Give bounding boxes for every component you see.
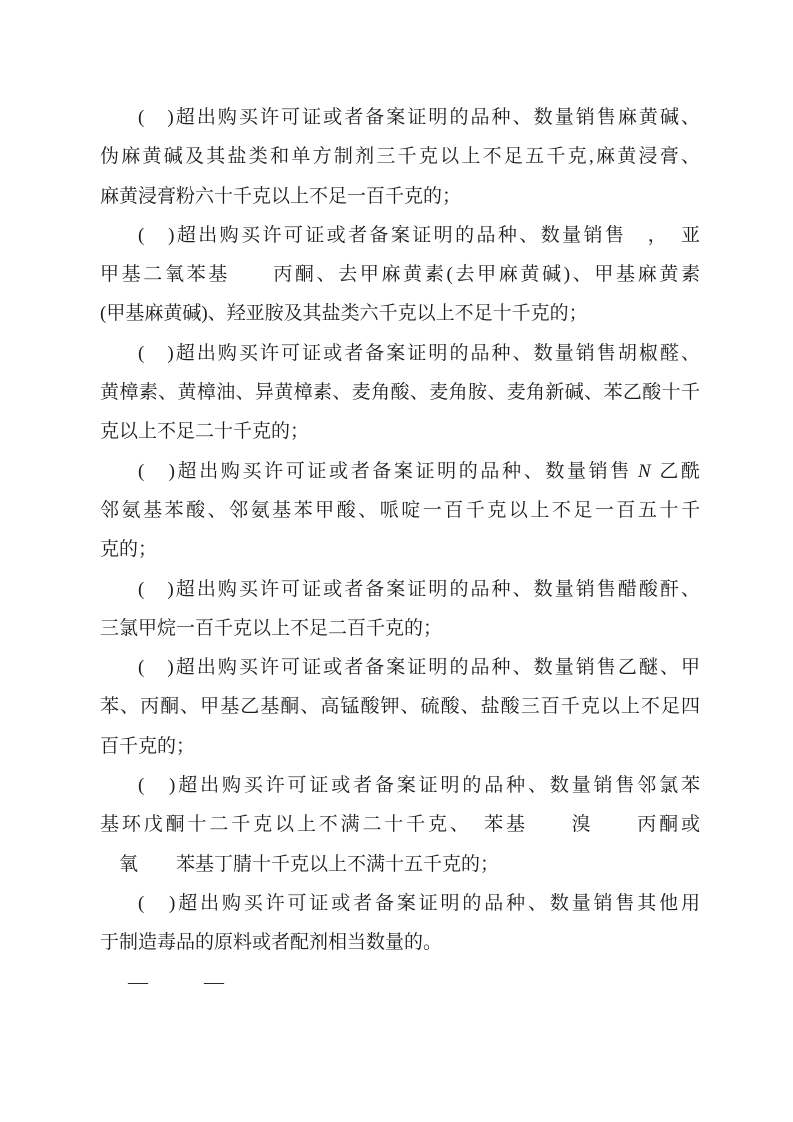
text-line: ( )超出购买许可证或者备案证明的品种、数量销售麻黄碱、 <box>100 98 700 137</box>
text-run: ( )超出购买许可证或者备案证明的品种、数量销售醋酸酐、 <box>138 579 700 600</box>
text-run: 苯、丙酮、甲基乙基酮、高锰酸钾、硫酸、盐酸三百千克以上不足四 <box>100 696 700 717</box>
text-run: 乙酰 <box>657 461 700 482</box>
text-line: 基环戊酮十二千克以上不满二十千克、 苯基 溴 丙酮或 <box>100 805 700 844</box>
text-run: 于制造毒品的原料或者配剂相当数量的。 <box>100 932 442 953</box>
text-run: 黄樟素、黄樟油、异黄樟素、麦角酸、麦角胺、麦角新碱、苯乙酸十千 <box>100 382 700 403</box>
text-run: 伪麻黄碱及其盐类和单方制剂三千克以上不足五千克,麻黄浸膏、 <box>100 146 700 167</box>
text-run: ( )超出购买许可证或者备案证明的品种、数量销售 ， 亚 <box>138 225 700 246</box>
text-line: ( )超出购买许可证或者备案证明的品种、数量销售 ， 亚 <box>100 216 700 255</box>
italic-chemical-symbol: N <box>632 461 657 482</box>
text-run: 氧 苯基丁腈十千克以上不满十五千克的； <box>100 854 499 875</box>
text-line: 苯、丙酮、甲基乙基酮、高锰酸钾、硫酸、盐酸三百千克以上不足四 <box>100 687 700 726</box>
footer-dash-left: — <box>128 971 148 994</box>
text-line: 克的； <box>100 530 700 569</box>
text-line: 氧 苯基丁腈十千克以上不满十五千克的； <box>100 845 700 884</box>
text-run: 甲基二氧苯基 丙酮、去甲麻黄素(去甲麻黄碱)、甲基麻黄素 <box>100 264 700 285</box>
paragraph: ( )超出购买许可证或者备案证明的品种、数量销售乙醚、甲苯、丙酮、甲基乙基酮、高… <box>100 648 700 766</box>
text-run: 克以上不足二十千克的； <box>100 421 309 442</box>
text-run: 克的； <box>100 539 157 560</box>
paragraph: ( )超出购买许可证或者备案证明的品种、数量销售胡椒醛、黄樟素、黄樟油、异黄樟素… <box>100 334 700 452</box>
text-line: ( )超出购买许可证或者备案证明的品种、数量销售乙醚、甲 <box>100 648 700 687</box>
text-run: 麻黄浸膏粉六十千克以上不足一百千克的； <box>100 186 461 207</box>
paragraph: ( )超出购买许可证或者备案证明的品种、数量销售麻黄碱、伪麻黄碱及其盐类和单方制… <box>100 98 700 216</box>
text-line: 三氯甲烷一百千克以上不足二百千克的； <box>100 609 700 648</box>
text-line: ( )超出购买许可证或者备案证明的品种、数量销售胡椒醛、 <box>100 334 700 373</box>
text-run: ( )超出购买许可证或者备案证明的品种、数量销售邻氯苯 <box>138 775 700 796</box>
text-line: 甲基二氧苯基 丙酮、去甲麻黄素(去甲麻黄碱)、甲基麻黄素 <box>100 255 700 294</box>
page-footer: — — <box>128 971 224 994</box>
text-run: ( )超出购买许可证或者备案证明的品种、数量销售 <box>138 461 632 482</box>
paragraph: ( )超出购买许可证或者备案证明的品种、数量销售 ， 亚甲基二氧苯基 丙酮、去甲… <box>100 216 700 334</box>
text-line: ( )超出购买许可证或者备案证明的品种、数量销售邻氯苯 <box>100 766 700 805</box>
text-run: ( )超出购买许可证或者备案证明的品种、数量销售胡椒醛、 <box>138 343 700 364</box>
text-line: 克以上不足二十千克的； <box>100 412 700 451</box>
text-run: (甲基麻黄碱)、羟亚胺及其盐类六千克以上不足十千克的； <box>100 303 588 324</box>
paragraph: ( )超出购买许可证或者备案证明的品种、数量销售邻氯苯基环戊酮十二千克以上不满二… <box>100 766 700 884</box>
document-body: ( )超出购买许可证或者备案证明的品种、数量销售麻黄碱、伪麻黄碱及其盐类和单方制… <box>100 98 700 963</box>
document-page: ( )超出购买许可证或者备案证明的品种、数量销售麻黄碱、伪麻黄碱及其盐类和单方制… <box>0 0 793 1122</box>
text-run: 邻氨基苯酸、邻氨基苯甲酸、哌啶一百千克以上不足一百五十千 <box>100 500 700 521</box>
paragraph: ( )超出购买许可证或者备案证明的品种、数量销售其他用于制造毒品的原料或者配剂相… <box>100 884 700 963</box>
text-line: ( )超出购买许可证或者备案证明的品种、数量销售N乙酰 <box>100 452 700 491</box>
text-line: 麻黄浸膏粉六十千克以上不足一百千克的； <box>100 177 700 216</box>
text-line: (甲基麻黄碱)、羟亚胺及其盐类六千克以上不足十千克的； <box>100 294 700 333</box>
paragraph: ( )超出购买许可证或者备案证明的品种、数量销售醋酸酐、三氯甲烷一百千克以上不足… <box>100 570 700 649</box>
text-run: ( )超出购买许可证或者备案证明的品种、数量销售乙醚、甲 <box>138 657 700 678</box>
paragraph: ( )超出购买许可证或者备案证明的品种、数量销售N乙酰邻氨基苯酸、邻氨基苯甲酸、… <box>100 452 700 570</box>
text-line: ( )超出购买许可证或者备案证明的品种、数量销售醋酸酐、 <box>100 570 700 609</box>
text-line: 于制造毒品的原料或者配剂相当数量的。 <box>100 923 700 962</box>
footer-dash-right: — <box>204 971 224 994</box>
text-line: 邻氨基苯酸、邻氨基苯甲酸、哌啶一百千克以上不足一百五十千 <box>100 491 700 530</box>
text-line: ( )超出购买许可证或者备案证明的品种、数量销售其他用 <box>100 884 700 923</box>
text-run: 三氯甲烷一百千克以上不足二百千克的； <box>100 618 442 639</box>
text-run: 基环戊酮十二千克以上不满二十千克、 苯基 溴 丙酮或 <box>100 814 700 835</box>
text-line: 伪麻黄碱及其盐类和单方制剂三千克以上不足五千克,麻黄浸膏、 <box>100 137 700 176</box>
text-run: 百千克的； <box>100 736 195 757</box>
text-run: ( )超出购买许可证或者备案证明的品种、数量销售其他用 <box>138 893 700 914</box>
text-line: 黄樟素、黄樟油、异黄樟素、麦角酸、麦角胺、麦角新碱、苯乙酸十千 <box>100 373 700 412</box>
text-line: 百千克的； <box>100 727 700 766</box>
text-run: ( )超出购买许可证或者备案证明的品种、数量销售麻黄碱、 <box>138 107 700 128</box>
